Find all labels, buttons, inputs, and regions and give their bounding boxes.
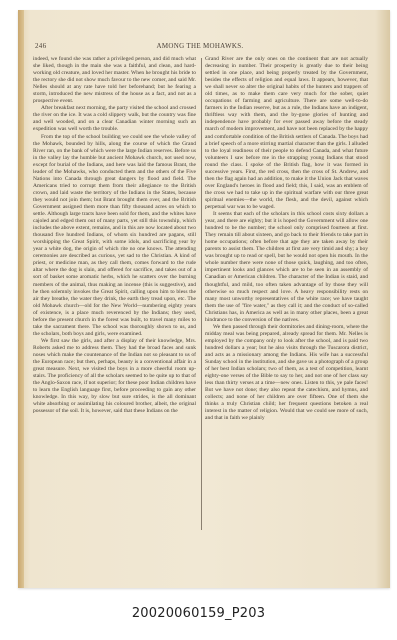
right-column: Grand River are the only ones on the con… <box>205 56 368 422</box>
left-column: indeed, we found she was rather a privil… <box>33 56 196 415</box>
image-caption: 20020060159_P203 <box>0 606 397 621</box>
paragraph: From the top of the school building we c… <box>33 134 196 338</box>
running-title: AMONG THE MOHAWKS. <box>35 42 365 50</box>
paragraph: indeed, we found she was rather a privil… <box>33 56 196 105</box>
paragraph: Grand River are the only ones on the con… <box>205 56 368 211</box>
page-header: 246 AMONG THE MOHAWKS. <box>35 42 365 52</box>
paragraph: After breakfast next morning, the party … <box>33 105 196 133</box>
paragraph: It seems that each of the scholars in th… <box>205 211 368 324</box>
page-binding-edge <box>18 10 24 588</box>
column-divider <box>201 58 202 530</box>
paragraph: We then passed through their dormitories… <box>205 324 368 423</box>
paragraph: We first saw the girls, and after a disp… <box>33 338 196 416</box>
